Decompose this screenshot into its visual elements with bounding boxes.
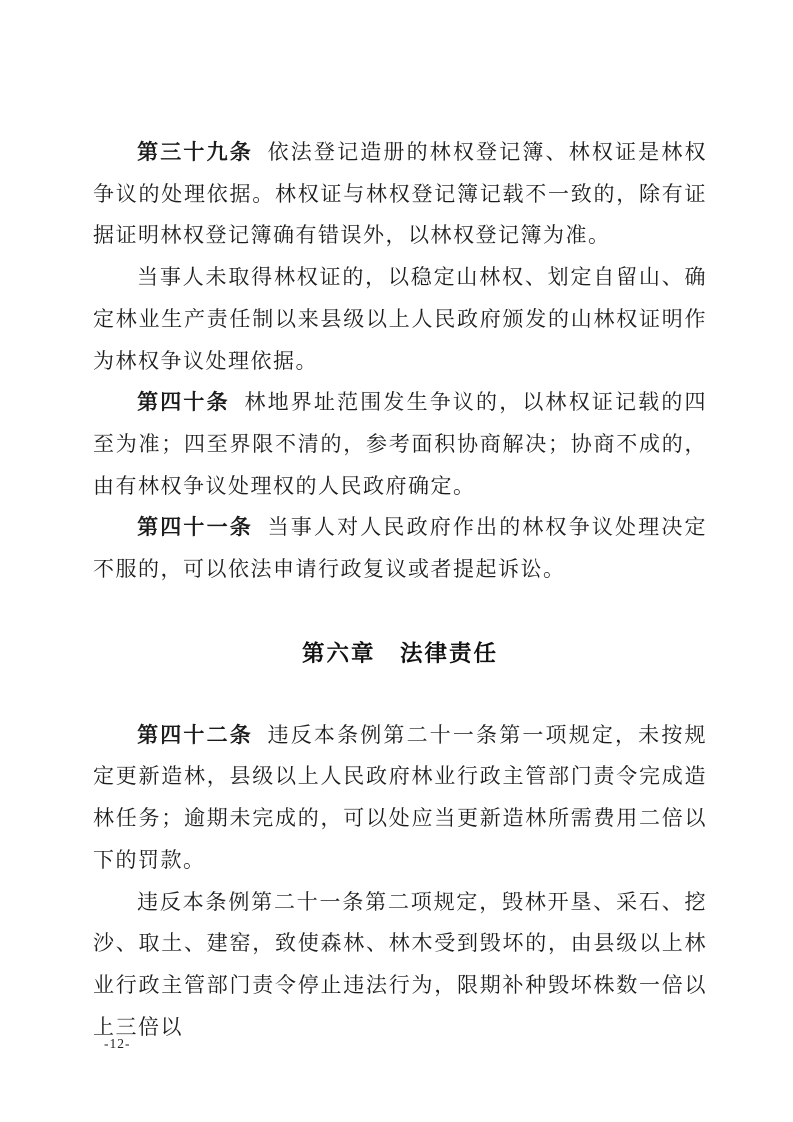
- document-page: { "page": { "footer_page_number": "-12-"…: [0, 0, 793, 1122]
- article-number: 第三十九条: [137, 140, 253, 164]
- page-body: 第三十九条依法登记造册的林权登记簿、林权证是林权争议的处理依据。林权证与林权登记…: [93, 132, 707, 1048]
- article-paragraph: 违反本条例第二十一条第二项规定，毁林开垦、采石、挖沙、取土、建窑，致使森林、林木…: [93, 882, 707, 1049]
- article-text: 违反本条例第二十一条第二项规定，毁林开垦、采石、挖沙、取土、建窑，致使森林、林木…: [93, 890, 707, 1039]
- chapter-heading: 第六章 法律责任: [93, 633, 707, 675]
- article-number: 第四十条: [137, 390, 230, 414]
- page-number: -12-: [104, 1036, 131, 1052]
- article-paragraph: 第三十九条依法登记造册的林权登记簿、林权证是林权争议的处理依据。林权证与林权登记…: [93, 132, 707, 257]
- article-paragraph: 当事人未取得林权证的，以稳定山林权、划定自留山、确定林业生产责任制以来县级以上人…: [93, 257, 707, 382]
- article-number: 第四十二条: [137, 723, 253, 747]
- article-paragraph: 第四十二条违反本条例第二十一条第一项规定，未按规定更新造林，县级以上人民政府林业…: [93, 715, 707, 882]
- article-paragraph: 第四十一条当事人对人民政府作出的林权争议处理决定不服的，可以依法申请行政复议或者…: [93, 507, 707, 590]
- article-number: 第四十一条: [137, 515, 253, 539]
- article-paragraph: 第四十条林地界址范围发生争议的，以林权证记载的四至为准；四至界限不清的，参考面积…: [93, 382, 707, 507]
- article-text: 当事人未取得林权证的，以稳定山林权、划定自留山、确定林业生产责任制以来县级以上人…: [93, 265, 707, 372]
